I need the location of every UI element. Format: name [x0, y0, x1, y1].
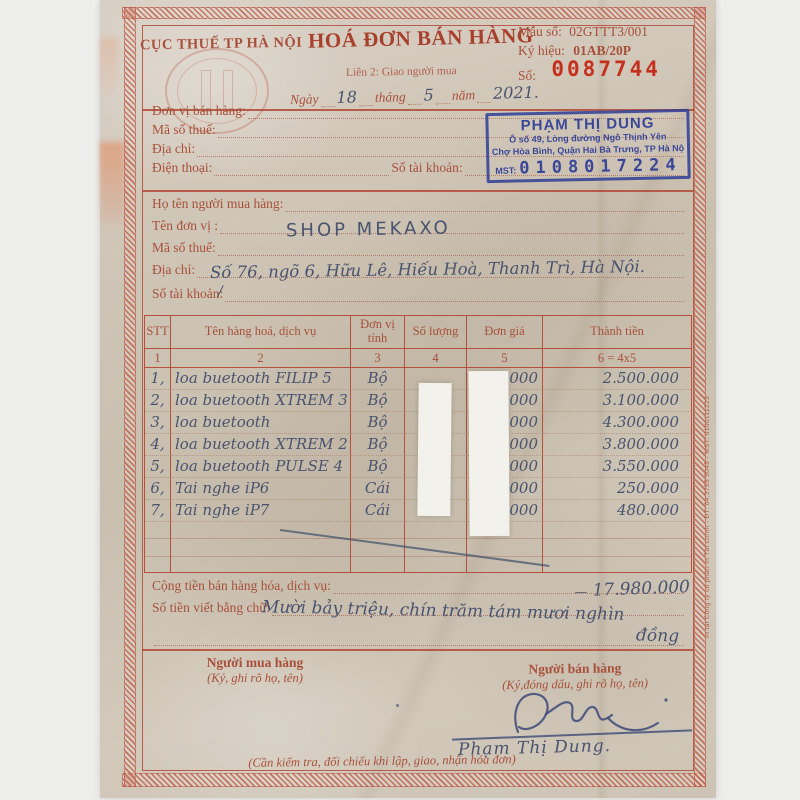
buyer-signature-title: Người mua hàng	[160, 655, 350, 671]
carbon-copy-edge-2	[100, 38, 118, 93]
row-unit: Bộ	[351, 434, 405, 456]
buyer-unit-label: Tên đơn vị :	[152, 218, 218, 234]
row-no: 4,	[145, 434, 171, 456]
buyer-name-line: Họ tên người mua hàng:	[152, 196, 686, 212]
buyer-signature-note: (Ký, ghi rõ họ, tên)	[160, 671, 350, 686]
row-no: 3,	[145, 412, 171, 434]
index-3: 3	[351, 349, 405, 368]
carbon-copy-edge	[100, 142, 125, 224]
row-name: loa buetooth XTREM 2	[171, 434, 351, 456]
row-name: loa buetooth PULSE 4	[171, 456, 351, 478]
row-name: loa buetooth XTREM 3	[171, 390, 351, 412]
serial-symbol-value: 01AB/20P	[573, 43, 631, 58]
date-year-value: 2021.	[493, 83, 539, 103]
invoice-number-line: Số: 0087744	[518, 61, 661, 85]
index-1: 1	[145, 349, 171, 368]
row-unit: Bộ	[351, 368, 405, 390]
seller-account-label: Số tài khoản:	[391, 160, 462, 176]
col-unit: Đơn vị tính	[351, 316, 405, 349]
table-header-row: STT Tên hàng hoá, dịch vụ Đơn vị tính Số…	[145, 316, 691, 349]
row-amount: 480.000	[543, 500, 691, 522]
printer-margin-note: In tại Công ty cổ phần in Tài chính - ĐT…	[704, 380, 711, 638]
row-unit: Bộ	[351, 456, 405, 478]
date-month-value: 5	[423, 85, 434, 104]
ornament-border-left	[124, 7, 136, 787]
row-name: loa buetooth FILIP 5	[171, 368, 351, 390]
row-name: loa buetooth BOOMSBOX	[171, 412, 351, 434]
stamp-mst-label: MST:	[495, 166, 516, 176]
row-no: 6,	[145, 478, 171, 500]
form-number-value: 02GTTT3/001	[569, 24, 648, 39]
rule-before-signatures	[142, 649, 694, 651]
row-amount: 2.500.000	[543, 368, 691, 390]
index-5: 5	[467, 349, 543, 368]
amount-words-label: Số tiền viết bằng chữ:	[152, 600, 270, 616]
buyer-signature-block: Người mua hàng (Ký, ghi rõ họ, tên)	[160, 655, 350, 686]
date-word-year: năm	[452, 87, 476, 104]
row-amount: 3.100.000	[543, 390, 691, 412]
row-amount: 250.000	[543, 478, 691, 500]
row-amount: 4.300.000	[543, 412, 691, 434]
seller-phone-label: Điện thoại:	[152, 160, 212, 176]
seller-unit-label: Đơn vị bán hàng:	[152, 103, 246, 119]
invoice-number-label: Số:	[518, 68, 536, 83]
stamp-mst-line: MST: 0108017224	[489, 155, 687, 179]
row-amount: 3.800.000	[543, 434, 691, 456]
row-no: 2,	[145, 390, 171, 412]
buyer-account-label: Số tài khoản:	[152, 286, 223, 302]
invoice-photo: CỤC THUẾ TP HÀ NỘI HOÁ ĐƠN BÁN HÀNG Liên…	[0, 0, 800, 800]
col-price: Đơn giá	[467, 316, 543, 349]
seller-tax-label: Mã số thuế:	[152, 122, 216, 138]
invoice-number-value: 0087744	[551, 57, 661, 81]
pen-mark-dot	[396, 704, 399, 707]
row-no: 1,	[145, 368, 171, 390]
form-number-label: Mẫu số:	[518, 24, 562, 39]
row-unit: Bộ	[351, 390, 405, 412]
col-qty: Số lượng	[405, 316, 467, 349]
rule-after-seller	[142, 190, 694, 192]
row-name: Tai nghe iP7	[171, 500, 351, 522]
copy-note: Liên 2: Giao người mua	[346, 65, 457, 79]
serial-symbol-label: Ký hiệu:	[518, 43, 565, 58]
buyer-address-label: Địa chỉ:	[152, 262, 195, 278]
ornament-border-bottom	[122, 773, 706, 787]
row-unit: Cái	[351, 478, 405, 500]
col-amount: Thành tiền	[543, 316, 691, 349]
buyer-unit-value: SHOP MEKAXO	[286, 218, 451, 242]
form-number-line: Mẫu số: 02GTTT3/001	[518, 24, 648, 40]
amount-words-line-2	[152, 633, 686, 646]
total-label: Cộng tiền bán hàng hóa, dịch vụ:	[152, 578, 331, 594]
total-value: 17.980.000	[592, 577, 690, 600]
redaction-tape-price	[468, 371, 509, 536]
row-name: Tai nghe iP6	[171, 478, 351, 500]
buyer-tax-label: Mã số thuế:	[152, 240, 216, 256]
row-no: 5,	[145, 456, 171, 478]
buyer-tax-line: Mã số thuế:	[152, 240, 686, 256]
amount-words-dong: đồng	[636, 625, 680, 646]
index-6: 6 = 4x5	[543, 349, 691, 368]
col-stt: STT	[145, 316, 171, 349]
buyer-account-value: /	[218, 284, 223, 300]
stamp-mst-value: 0108017224	[519, 155, 682, 178]
buyer-account-line: Số tài khoản:	[152, 286, 686, 302]
redaction-tape-quantity	[417, 383, 451, 516]
seller-stamp: PHẠM THỊ DUNG Ô số 49, Lòng đường Ngô Th…	[485, 109, 690, 183]
row-unit: Cái	[351, 500, 405, 522]
table-index-row: 1 2 3 4 5 6 = 4x5	[145, 349, 691, 368]
ornament-border-top	[122, 7, 706, 19]
col-name: Tên hàng hoá, dịch vụ	[171, 316, 351, 349]
total-dash: —	[574, 585, 588, 600]
index-2: 2	[171, 349, 351, 368]
tax-office-name: CỤC THUẾ TP HÀ NỘI	[140, 35, 303, 55]
buyer-name-label: Họ tên người mua hàng:	[152, 196, 283, 212]
index-4: 4	[405, 349, 467, 368]
row-no: 7,	[145, 500, 171, 522]
row-amount: 3.550.000	[543, 456, 691, 478]
row-unit: Bộ	[351, 412, 405, 434]
seller-address-label: Địa chỉ:	[152, 141, 195, 157]
